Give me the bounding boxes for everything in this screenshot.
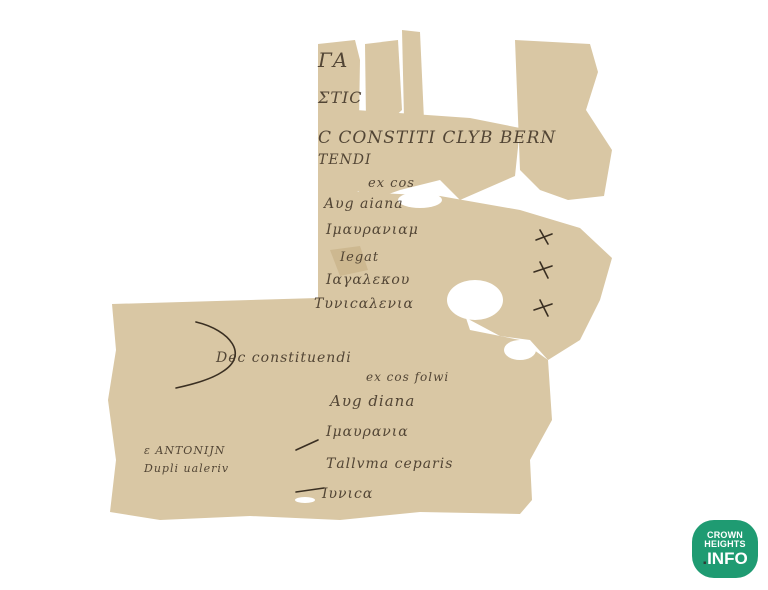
script-line: Dupli ualeriv (144, 462, 229, 475)
script-line: Ιμαυρανια (326, 424, 409, 440)
script-line: ΣΤΙC (318, 88, 363, 107)
script-line: C CONSTITI CLYB BERN (318, 128, 556, 148)
script-line: Αυg diana (330, 392, 415, 410)
script-line: ex cos folwi (366, 370, 449, 384)
papyrus-photo (0, 0, 768, 590)
script-line: ε ANTONIJN (144, 444, 225, 457)
script-line: Τυνιcαλενια (314, 296, 414, 312)
script-line: Ιυνιcα (322, 486, 373, 502)
script-line: Αυg aiana (324, 196, 404, 212)
script-line: Ιegat (340, 250, 379, 265)
crownheights-logo: CROWN HEIGHTS .INFO (692, 520, 758, 578)
script-line: Ιαγαλεκου (326, 272, 410, 288)
script-line: Τallvma ceparis (326, 456, 453, 472)
script-line: ΓΑ (318, 48, 348, 72)
script-line: Ιμαυρανιαμ (326, 222, 419, 238)
logo-line-3: .INFO (702, 550, 747, 567)
script-line: ex cos (368, 176, 415, 191)
logo-info: INFO (707, 549, 748, 568)
script-line: Dec constituendi (216, 350, 352, 366)
logo-line-2: HEIGHTS (704, 540, 745, 549)
script-line: TENDI (318, 152, 372, 168)
